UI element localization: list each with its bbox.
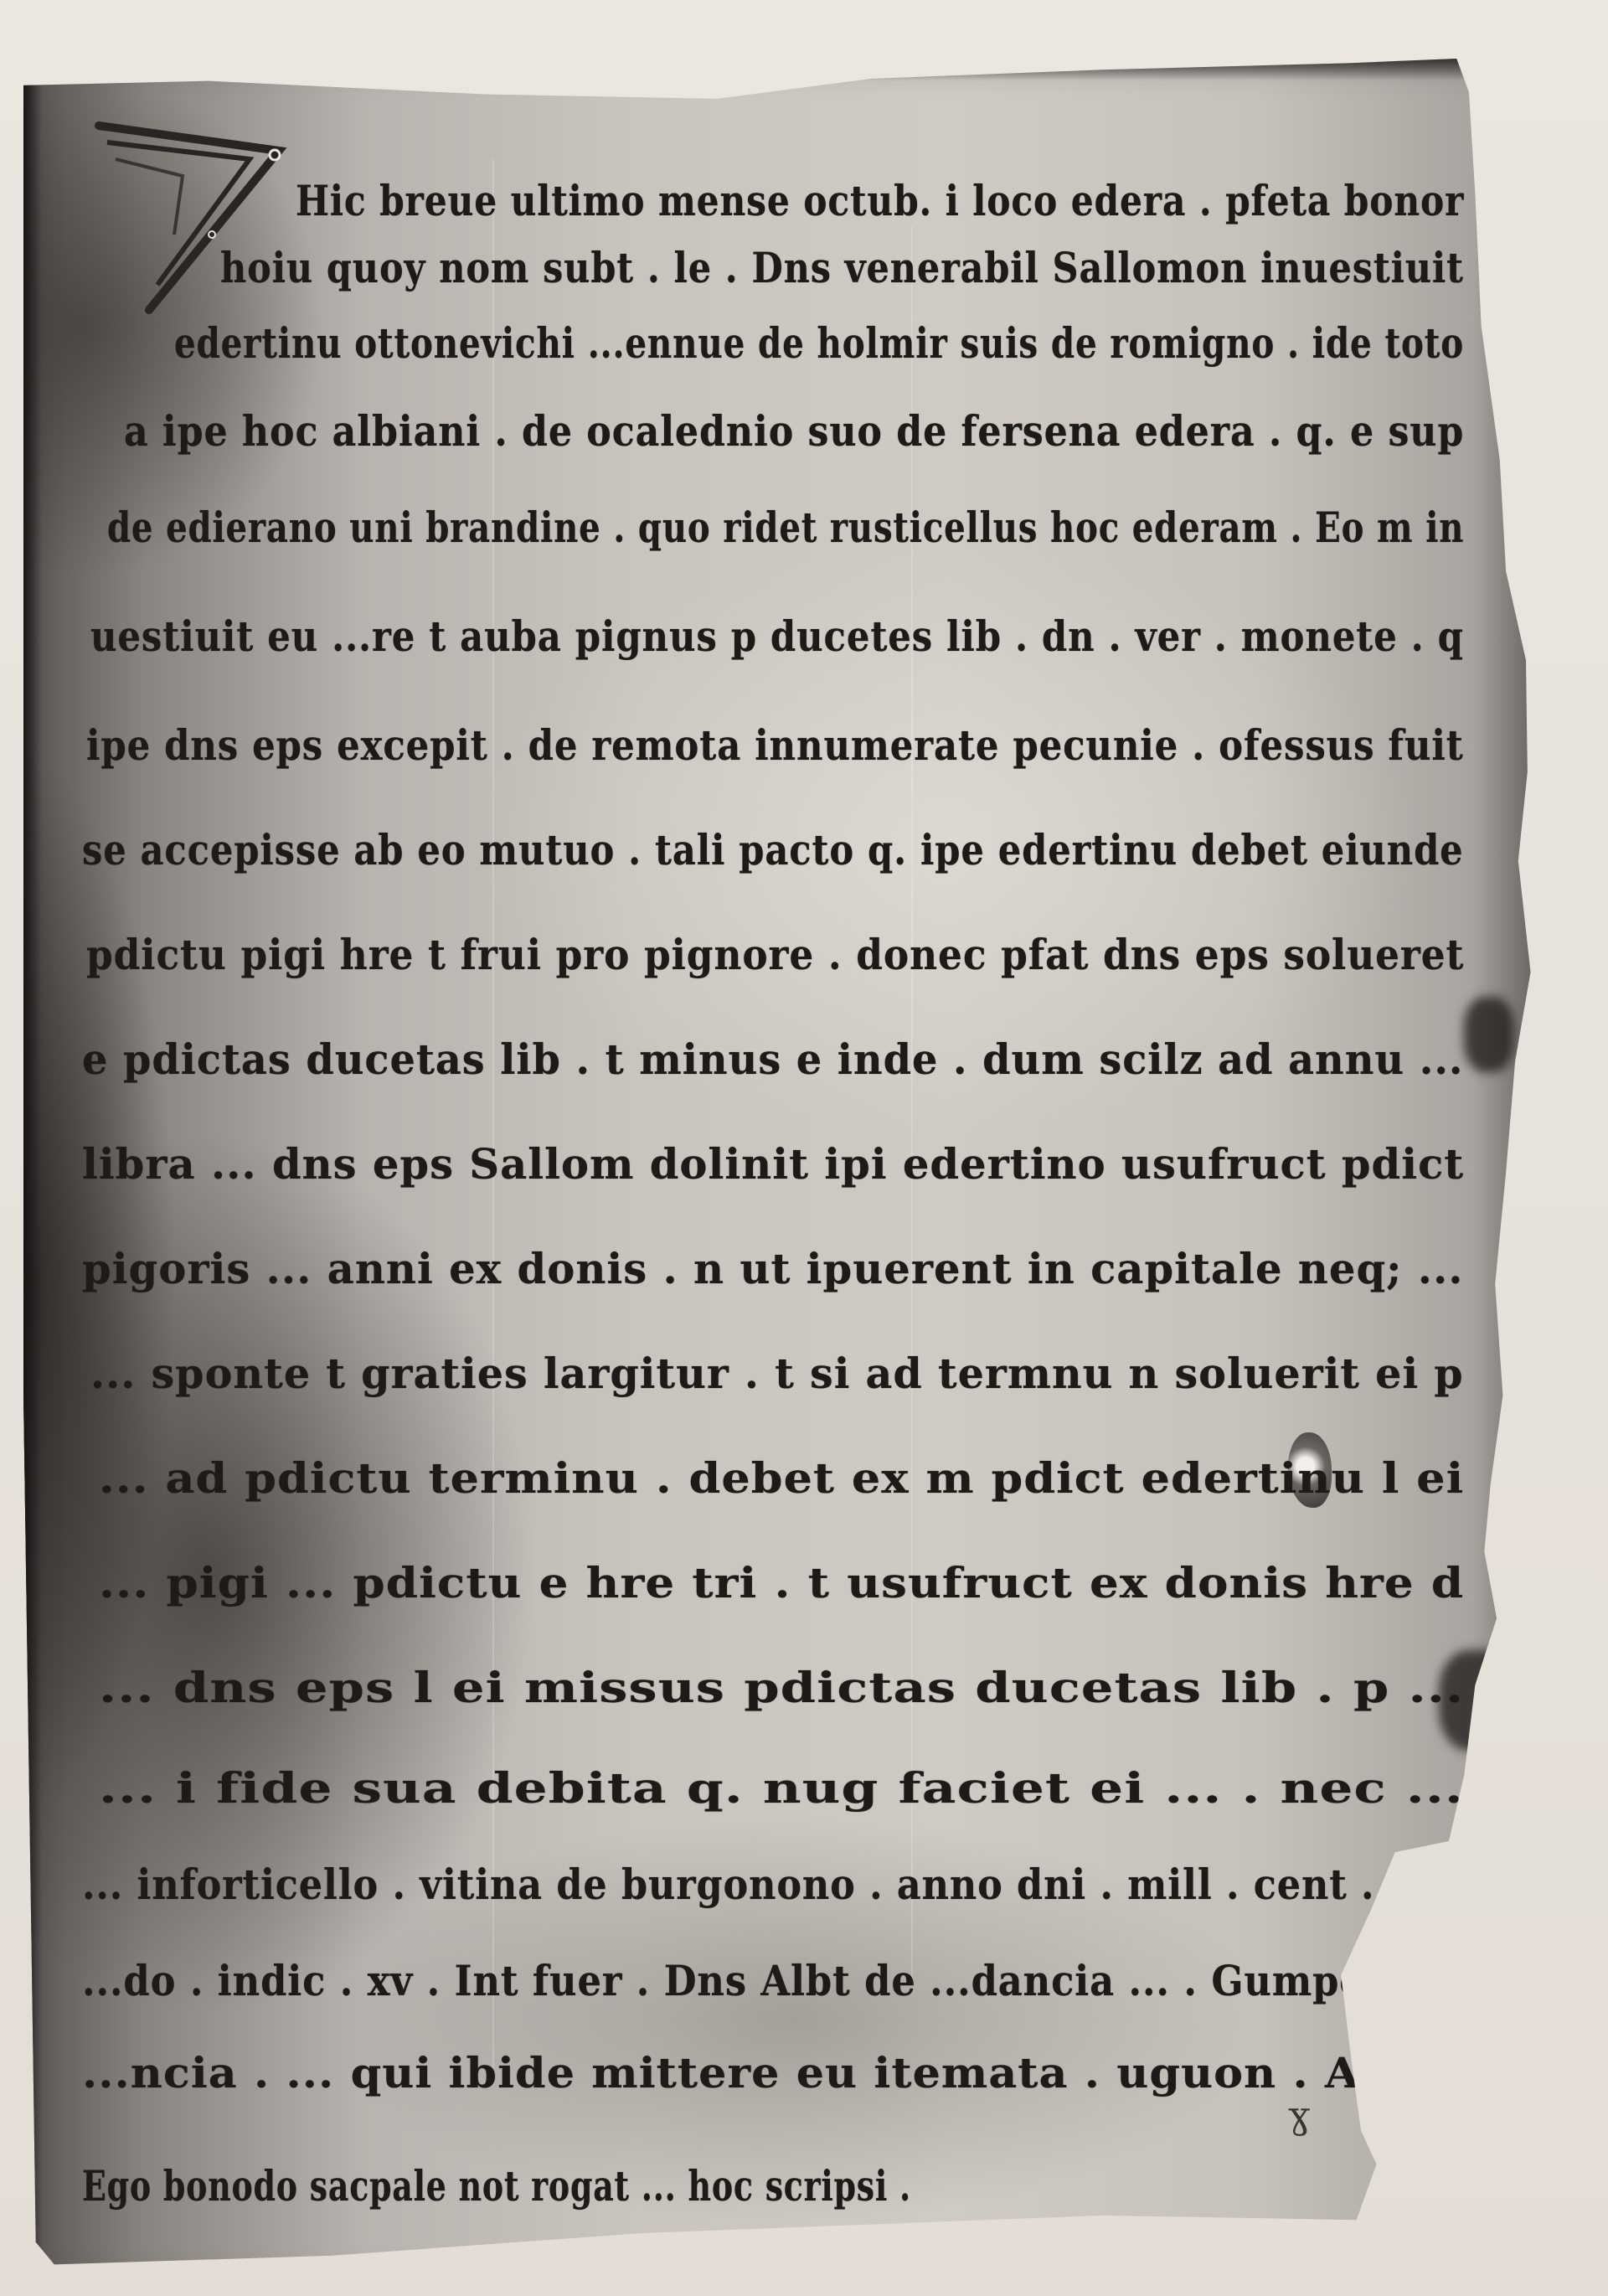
text-line: hoiu quoy nom subt . le . Dns venerabil …	[220, 243, 1464, 292]
text-line: ... ad pdictu terminu . debet ex m pdict…	[99, 1453, 1464, 1503]
text-line: e pdictas ducetas lib . t minus e inde .…	[82, 1034, 1464, 1084]
text-line: uestiuit eu ...re t auba pignus p ducete…	[90, 611, 1464, 661]
fold-crease	[911, 226, 913, 1985]
text-line: libra ... dns eps Sallom dolinit ipi ede…	[82, 1139, 1464, 1189]
text-line: pigoris ... anni ex donis . n ut ipueren…	[82, 1244, 1464, 1293]
parchment-document: Hic breue ultimo mense octub. i loco ede…	[23, 59, 1564, 2287]
text-line: ...do . indic . xv . Int fuer . Dns Albt…	[82, 1956, 1430, 2005]
text-line: ...ncia . ... qui ibide mittere eu itema…	[82, 2048, 1430, 2097]
text-line: pdictu pigi hre t frui pro pignore . don…	[86, 930, 1464, 979]
text-line: Ego bonodo sacpale not rogat ... hoc scr…	[82, 2161, 911, 2211]
text-line: ... dns eps l ei missus pdictas ducetas …	[99, 1663, 1464, 1712]
decorated-initial-icon	[82, 109, 300, 327]
text-line: de edierano uni brandine . quo ridet rus…	[107, 503, 1464, 552]
text-line: ... i fide sua debita q. nug faciet ei .…	[99, 1763, 1464, 1813]
text-line: ... pigi ... pdictu e hre tri . t usufru…	[99, 1558, 1464, 1607]
text-line: Hic breue ultimo mense octub. i loco ede…	[296, 176, 1464, 225]
text-line: ipe dns eps excepit . de remota innumera…	[86, 720, 1464, 770]
text-line: edertinu ottonevichi ...ennue de holmir …	[174, 318, 1464, 368]
damage-stain	[1464, 997, 1514, 1072]
text-line: a ipe hoc albiani . de ocalednio suo de …	[124, 406, 1464, 456]
text-line: se accepisse ab eo mutuo . tali pacto q.…	[82, 825, 1464, 875]
text-line: ... sponte t graties largitur . t si ad …	[90, 1349, 1464, 1398]
text-line: ... inforticello . vitina de burgonono .…	[82, 1860, 1430, 1909]
margin-mark: ɣ	[1288, 2094, 1310, 2137]
